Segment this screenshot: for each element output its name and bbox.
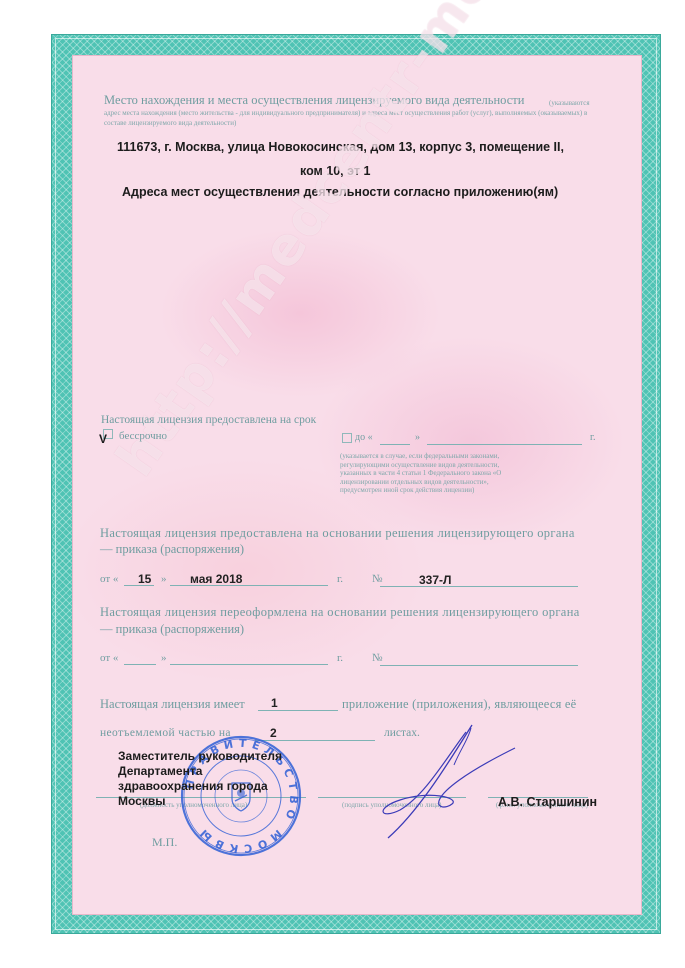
addresses-note: Адреса мест осуществления деятельности с…	[122, 185, 558, 199]
signatory-position-2: Департамента	[118, 764, 202, 778]
reissue-text-1: Настоящая лицензия переоформлена на осно…	[100, 605, 580, 620]
basis-quote-close: »	[161, 573, 167, 585]
signatory-position-4: Москвы	[118, 794, 165, 808]
until-note: (указывается в случае, если федеральными…	[340, 452, 510, 495]
stamp-place: М.П.	[152, 835, 177, 850]
appendix-count-line	[258, 710, 338, 711]
until-year-suffix: г.	[590, 432, 595, 443]
unlimited-checkmark: V	[99, 432, 107, 446]
address-line-2: ком 10, эт 1	[300, 164, 370, 178]
until-prefix: до «	[355, 432, 373, 443]
signatory-position-3: здравоохранения города	[118, 779, 268, 793]
location-heading-note: (указываются адрес места нахождения (мес…	[104, 98, 588, 128]
appendix-text-b: приложение (приложения), являющееся её	[342, 697, 576, 712]
basis-day: 15	[138, 572, 151, 586]
basis-text-1: Настоящая лицензия предоставлена на осно…	[100, 526, 575, 541]
reissue-number-label: №	[372, 652, 383, 664]
appendix-count: 1	[271, 696, 278, 710]
basis-from-label: от «	[100, 573, 118, 585]
until-quote-close: »	[415, 432, 420, 443]
reissue-text-2: — приказа (распоряжения)	[100, 622, 244, 637]
basis-month-year: мая 2018	[190, 572, 242, 586]
reissue-from-label: от «	[100, 652, 118, 664]
reissue-quote-close: »	[161, 652, 167, 664]
handwritten-signature	[370, 720, 520, 850]
signatory-position-1: Заместитель руководителя	[118, 749, 282, 763]
basis-number: 337-Л	[419, 573, 451, 587]
basis-number-line	[380, 586, 578, 587]
reissue-date-line	[170, 664, 328, 665]
basis-text-2: — приказа (распоряжения)	[100, 542, 244, 557]
term-label: Настоящая лицензия предоставлена на срок	[101, 414, 316, 426]
reissue-number-line	[380, 665, 578, 666]
appendix-text-a: Настоящая лицензия имеет	[100, 697, 245, 712]
until-checkbox[interactable]	[342, 433, 352, 443]
basis-number-label: №	[372, 573, 383, 585]
until-date-line	[427, 444, 582, 445]
address-line-1: 111673, г. Москва, улица Новокосинская, …	[117, 140, 564, 154]
reissue-year-suffix: г.	[337, 652, 343, 664]
reissue-day-line	[124, 664, 156, 665]
unlimited-label: бессрочно	[119, 430, 167, 442]
basis-year-suffix: г.	[337, 573, 343, 585]
until-day-line	[380, 444, 410, 445]
